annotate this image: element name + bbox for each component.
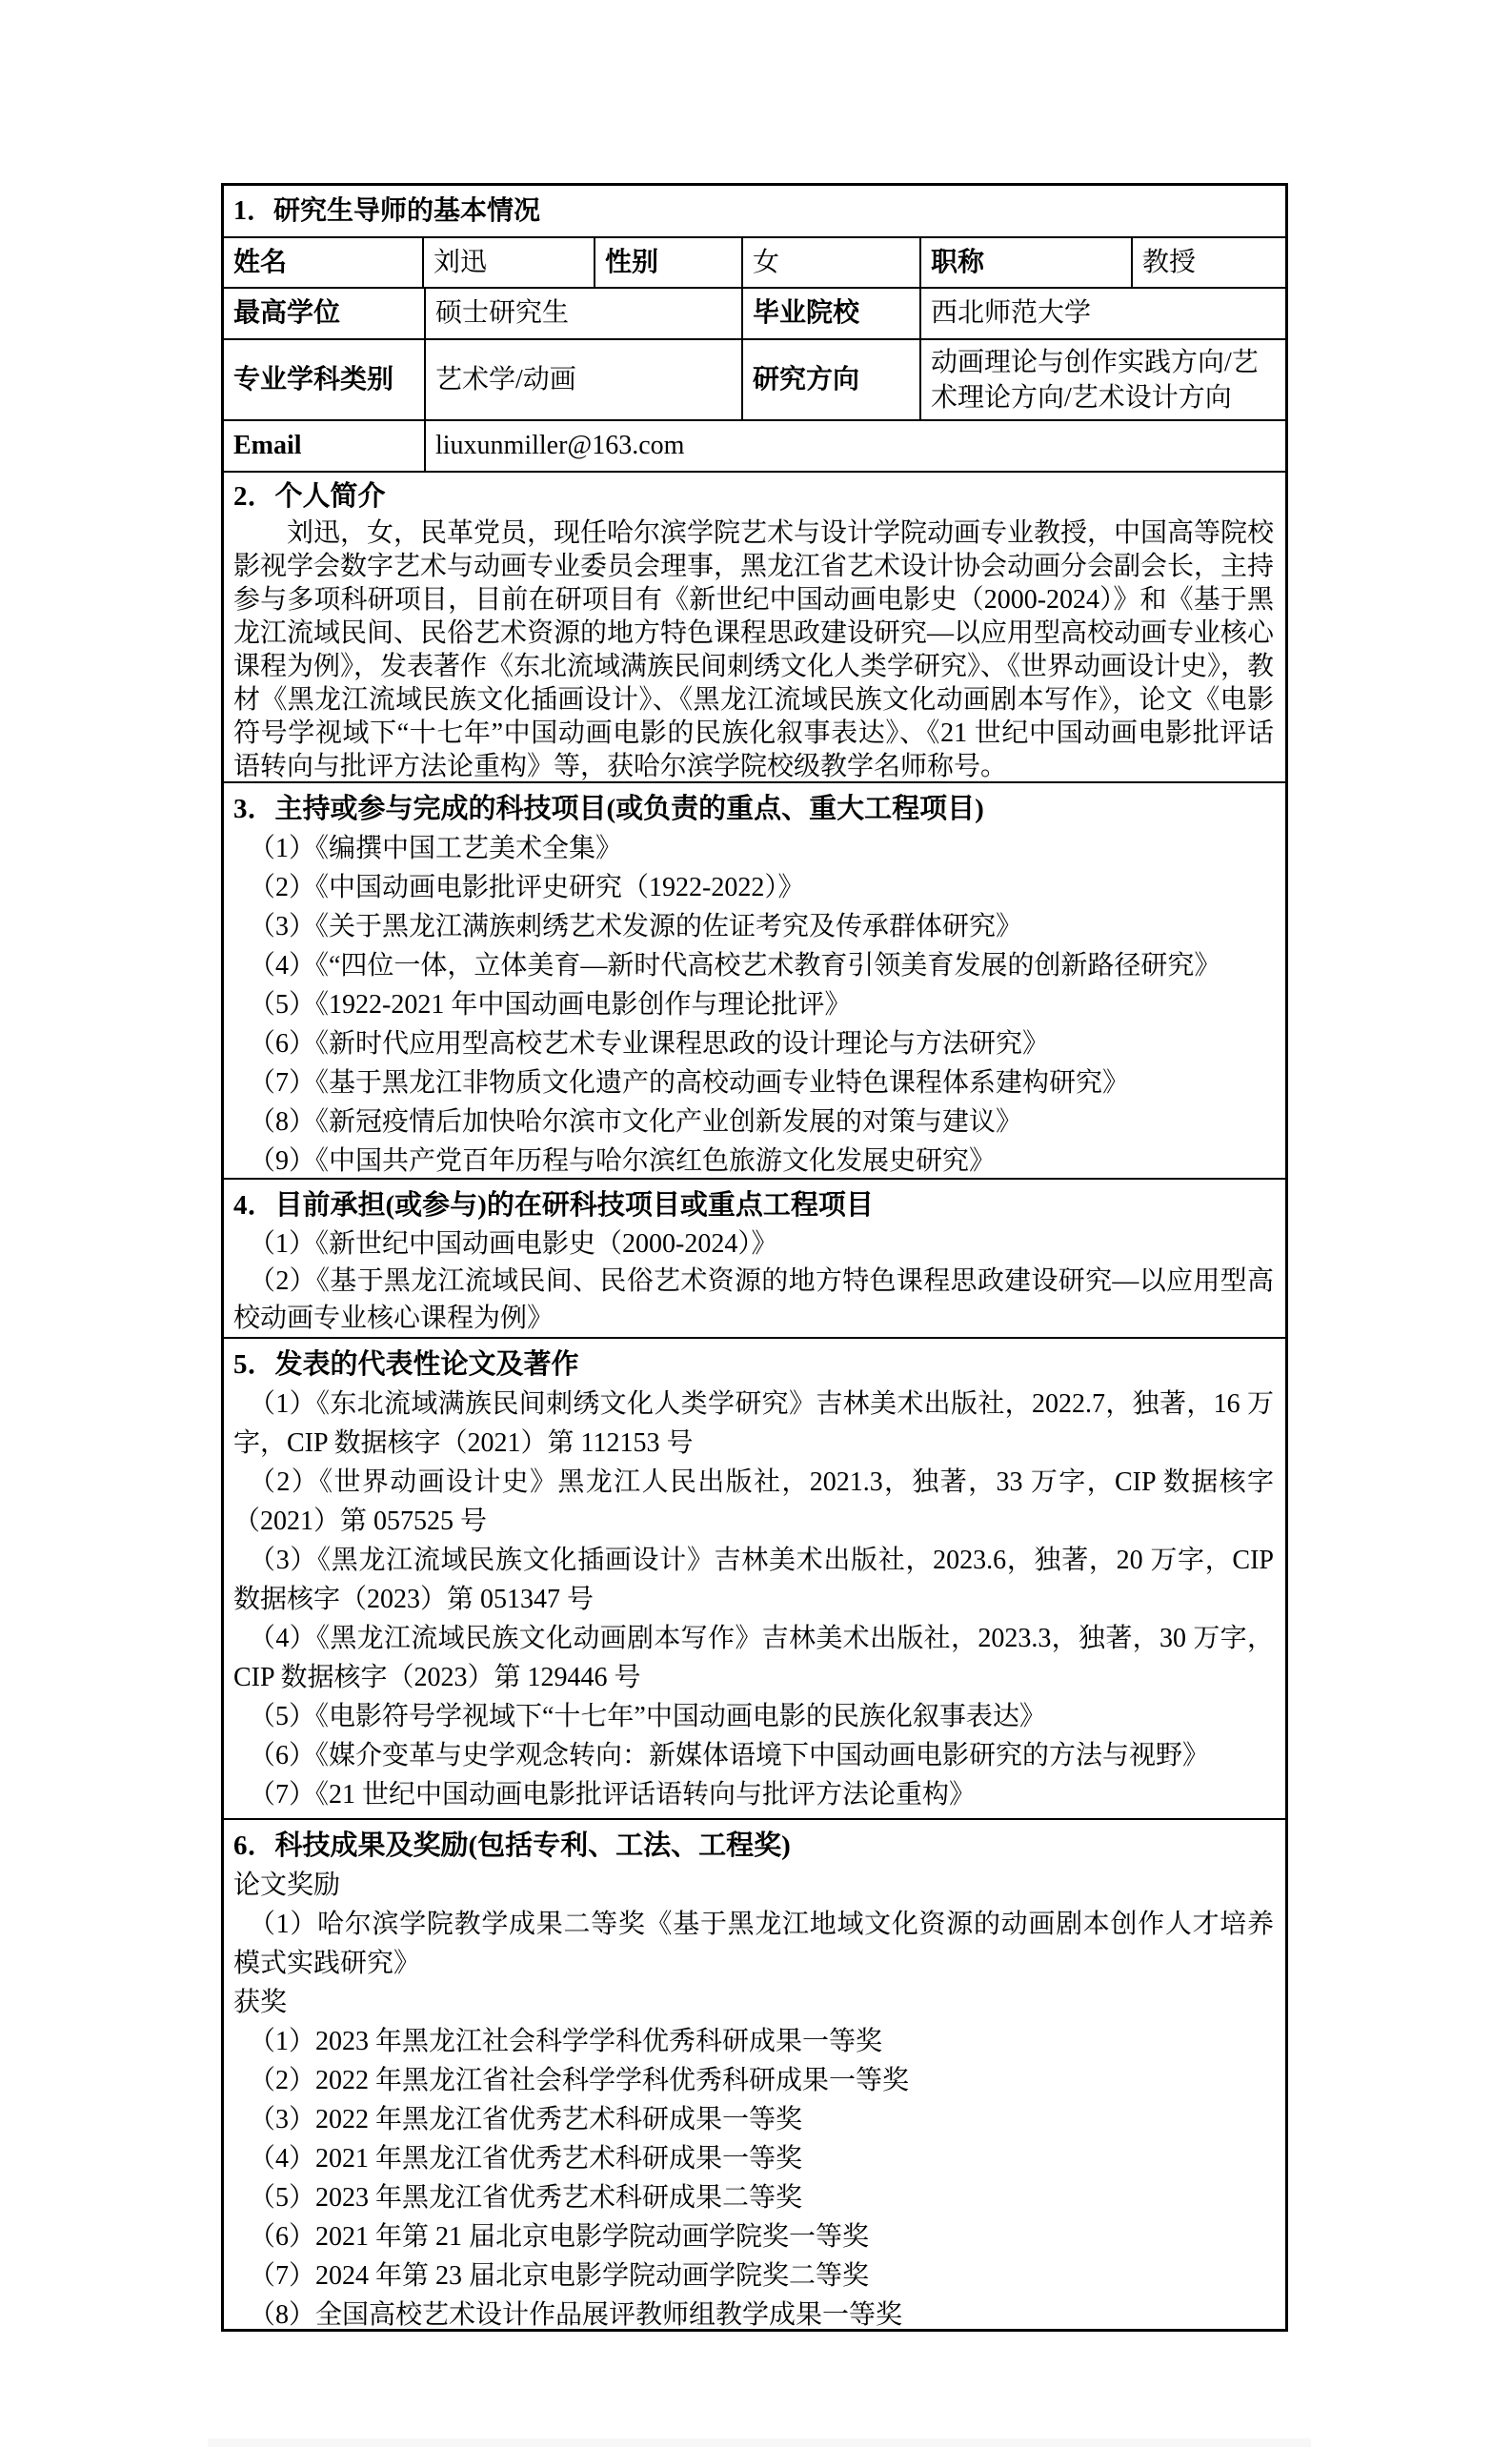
award-item: （3）2022 年黑龙江省优秀艺术科研成果一等奖	[224, 2100, 1285, 2139]
email-row: Email liuxunmiller@163.com	[224, 419, 1285, 471]
project-item: （1）《新世纪中国动画电影史（2000-2024）》	[224, 1225, 1285, 1263]
school-label: 毕业院校	[741, 289, 919, 338]
degree-label: 最高学位	[224, 289, 424, 338]
major-research-row: 专业学科类别 艺术学/动画 研究方向 动画理论与创作实践方向/艺术理论方向/艺术…	[224, 338, 1285, 419]
section2-title: 2．个人简介	[224, 473, 1285, 516]
research-direction-value: 动画理论与创作实践方向/艺术理论方向/艺术设计方向	[919, 340, 1285, 419]
project-item: （2）《中国动画电影批评史研究（1922-2022）》	[224, 868, 1285, 907]
completed-project-list: （1）《编撰中国工艺美术全集》（2）《中国动画电影批评史研究（1922-2022…	[224, 829, 1285, 1178]
project-item: （2）《基于黑龙江流域民间、民俗艺术资源的地方特色课程思政建设研究—以应用型高校…	[224, 1263, 1285, 1337]
section-projects-current: 4．目前承担(或参与)的在研科技项目或重点工程项目 （1）《新世纪中国动画电影史…	[224, 1178, 1285, 1337]
section-basic-info: 1．研究生导师的基本情况 姓名 刘迅 性别 女 职称 教授 最高学位 硕士研究生…	[224, 186, 1285, 471]
section-publications: 5．发表的代表性论文及著作 （1）《东北流域满族民间刺绣文化人类学研究》吉林美术…	[224, 1337, 1285, 1818]
section5-title: 5．发表的代表性论文及著作	[224, 1339, 1285, 1385]
publication-item: （6）《媒介变革与史学观念转向：新媒体语境下中国动画电影研究的方法与视野》	[224, 1736, 1285, 1775]
supervisor-info-table: 1．研究生导师的基本情况 姓名 刘迅 性别 女 职称 教授 最高学位 硕士研究生…	[221, 183, 1288, 2332]
project-item: （7）《基于黑龙江非物质文化遗产的高校动画专业特色课程体系建构研究》	[224, 1063, 1285, 1102]
award-item: （7）2024 年第 23 届北京电影学院动画学院奖二等奖	[224, 2256, 1285, 2295]
project-item: （3）《关于黑龙江满族刺绣艺术发源的佐证考究及传承群体研究》	[224, 907, 1285, 946]
paper-award-list: （1）哈尔滨学院教学成果二等奖《基于黑龙江地域文化资源的动画剧本创作人才培养模式…	[224, 1905, 1285, 1983]
research-direction-label: 研究方向	[741, 340, 919, 419]
paper-award-item: （1）哈尔滨学院教学成果二等奖《基于黑龙江地域文化资源的动画剧本创作人才培养模式…	[224, 1905, 1285, 1983]
gender-label: 性别	[594, 238, 741, 287]
name-value: 刘迅	[422, 238, 594, 287]
name-gender-title-row: 姓名 刘迅 性别 女 职称 教授	[224, 236, 1285, 287]
project-item: （1）《编撰中国工艺美术全集》	[224, 829, 1285, 868]
award-item: （6）2021 年第 21 届北京电影学院动画学院奖一等奖	[224, 2217, 1285, 2256]
section-bio: 2．个人简介 刘迅，女，民革党员，现任哈尔滨学院艺术与设计学院动画专业教授，中国…	[224, 471, 1285, 781]
project-item: （8）《新冠疫情后加快哈尔滨市文化产业创新发展的对策与建议》	[224, 1102, 1285, 1142]
award-item: （8）全国高校艺术设计作品展评教师组教学成果一等奖	[224, 2295, 1285, 2335]
project-item: （9）《中国共产党百年历程与哈尔滨红色旅游文化发展史研究》	[224, 1142, 1285, 1178]
publication-item: （5）《电影符号学视域下“十七年”中国动画电影的民族化叙事表达》	[224, 1697, 1285, 1736]
section3-title: 3．主持或参与完成的科技项目(或负责的重点、重大工程项目)	[224, 783, 1285, 829]
section4-title: 4．目前承担(或参与)的在研科技项目或重点工程项目	[224, 1180, 1285, 1225]
award-item: （4）2021 年黑龙江省优秀艺术科研成果一等奖	[224, 2139, 1285, 2178]
email-value: liuxunmiller@163.com	[424, 421, 1285, 471]
publication-item: （4）《黑龙江流域民族文化动画剧本写作》吉林美术出版社，2023.3，独著，30…	[224, 1619, 1285, 1697]
job-title-value: 教授	[1131, 238, 1285, 287]
section-projects-completed: 3．主持或参与完成的科技项目(或负责的重点、重大工程项目) （1）《编撰中国工艺…	[224, 781, 1285, 1178]
publication-list: （1）《东北流域满族民间刺绣文化人类学研究》吉林美术出版社，2022.7，独著，…	[224, 1385, 1285, 1814]
next-page-edge	[208, 2438, 1311, 2447]
publication-item: （7）《21 世纪中国动画电影批评话语转向与批评方法论重构》	[224, 1775, 1285, 1814]
school-value: 西北师范大学	[919, 289, 1285, 338]
section1-title: 1．研究生导师的基本情况	[233, 195, 540, 228]
document-viewport[interactable]: { "document": { "section1": { "title": "…	[0, 0, 1512, 2447]
award-item: （5）2023 年黑龙江省优秀艺术科研成果二等奖	[224, 2178, 1285, 2217]
section-achievements: 6．科技成果及奖励(包括专利、工法、工程奖) 论文奖励 （1）哈尔滨学院教学成果…	[224, 1818, 1285, 2335]
publication-item: （1）《东北流域满族民间刺绣文化人类学研究》吉林美术出版社，2022.7，独著，…	[224, 1385, 1285, 1463]
award-item: （1）2023 年黑龙江社会科学学科优秀科研成果一等奖	[224, 2022, 1285, 2061]
major-label: 专业学科类别	[224, 340, 424, 419]
email-label: Email	[224, 421, 424, 471]
paper-awards-label: 论文奖励	[224, 1866, 1285, 1905]
award-item: （2）2022 年黑龙江省社会科学学科优秀科研成果一等奖	[224, 2061, 1285, 2100]
award-list: （1）2023 年黑龙江社会科学学科优秀科研成果一等奖（2）2022 年黑龙江省…	[224, 2022, 1285, 2335]
section6-title: 6．科技成果及奖励(包括专利、工法、工程奖)	[224, 1820, 1285, 1866]
major-value: 艺术学/动画	[424, 340, 741, 419]
current-project-list: （1）《新世纪中国动画电影史（2000-2024）》（2）《基于黑龙江流域民间、…	[224, 1225, 1285, 1337]
job-title-label: 职称	[919, 238, 1131, 287]
awards-label: 获奖	[224, 1983, 1285, 2022]
degree-value: 硕士研究生	[424, 289, 741, 338]
project-item: （5）《1922-2021 年中国动画电影创作与理论批评》	[224, 985, 1285, 1024]
degree-school-row: 最高学位 硕士研究生 毕业院校 西北师范大学	[224, 287, 1285, 338]
section1-header-row: 1．研究生导师的基本情况	[224, 186, 1285, 236]
name-label: 姓名	[224, 238, 422, 287]
publication-item: （3）《黑龙江流域民族文化插画设计》吉林美术出版社，2023.6，独著，20 万…	[224, 1541, 1285, 1619]
project-item: （6）《新时代应用型高校艺术专业课程思政的设计理论与方法研究》	[224, 1024, 1285, 1063]
publication-item: （2）《世界动画设计史》黑龙江人民出版社，2021.3，独著，33 万字，CIP…	[224, 1463, 1285, 1541]
gender-value: 女	[741, 238, 919, 287]
bio-paragraph: 刘迅，女，民革党员，现任哈尔滨学院艺术与设计学院动画专业教授，中国高等院校影视学…	[224, 516, 1285, 781]
project-item: （4）《“四位一体，立体美育—新时代高校艺术教育引领美育发展的创新路径研究》	[224, 946, 1285, 985]
